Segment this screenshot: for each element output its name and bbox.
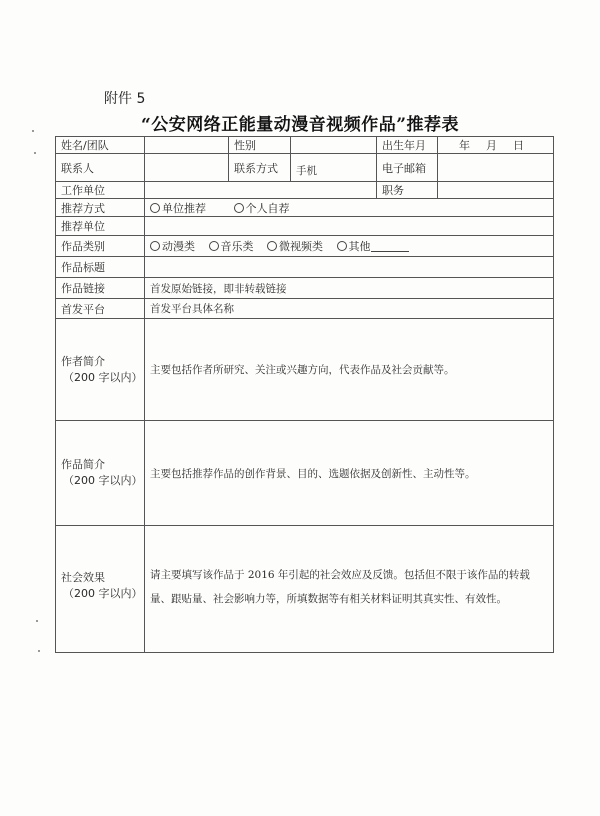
radio-circle-icon [150,203,160,213]
platform-field[interactable]: 首发平台具体名称 [145,299,554,319]
recommend-method-label: 推荐方式 [56,199,145,217]
form-title: “公安网络正能量动漫音视频作品”推荐表 [0,110,600,135]
work-unit-label: 工作单位 [56,182,145,199]
form-row-work-intro: 作品简介 （200 字以内） 主要包括推荐作品的创作背景、目的、选题依据及创新性… [56,421,554,526]
social-effect-label: 社会效果 （200 字以内） [56,526,145,653]
work-intro-field[interactable]: 主要包括推荐作品的创作背景、目的、选题依据及创新性、主动性等。 [145,421,554,526]
gender-label: 性别 [229,137,291,154]
radio-unit-recommend[interactable]: 单位推荐 [150,200,206,216]
radio-other[interactable]: 其他 [337,238,409,254]
work-intro-limit: （200 字以内） [61,473,139,489]
scan-artifact [32,130,34,132]
other-blank-input[interactable] [371,241,409,252]
name-team-field[interactable] [145,137,229,154]
author-intro-limit: （200 字以内） [61,370,139,386]
category-label: 作品类别 [56,236,145,257]
birth-label: 出生年月 [377,137,438,154]
position-label: 职务 [377,182,438,199]
recommend-unit-label: 推荐单位 [56,217,145,236]
author-intro-label: 作者简介 （200 字以内） [56,319,145,421]
scan-artifact [38,650,40,652]
form-row-social-effect: 社会效果 （200 字以内） 请主要填写该作品于 2016 年引起的社会效应及反… [56,526,554,653]
recommend-unit-field[interactable] [145,217,554,236]
form-row-category: 作品类别 动漫类 音乐类 微视频类 其他 [56,236,554,257]
work-link-label: 作品链接 [56,278,145,299]
author-intro-field[interactable]: 主要包括作者所研究、关注或兴趣方向，代表作品及社会贡献等。 [145,319,554,421]
scan-artifact [34,152,36,154]
radio-circle-icon [209,241,219,251]
recommend-method-options: 单位推荐 个人自荐 [145,199,554,217]
recommendation-form-table: 姓名/团队 性别 出生年月 年月日 联系人 联系方式 手机 电子邮箱 工作单位 … [55,136,554,653]
birth-field[interactable]: 年月日 [438,137,554,154]
form-row-work-link: 作品链接 首发原始链接，即非转载链接 [56,278,554,299]
form-row-platform: 首发平台 首发平台具体名称 [56,299,554,319]
form-row-author-intro: 作者简介 （200 字以内） 主要包括作者所研究、关注或兴趣方向，代表作品及社会… [56,319,554,421]
work-unit-field[interactable] [145,182,377,199]
form-row-work-title: 作品标题 [56,257,554,278]
social-effect-field[interactable]: 请主要填写该作品于 2016 年引起的社会效应及反馈。包括但不限于该作品的转载量… [145,526,554,653]
radio-circle-icon [150,241,160,251]
email-label: 电子邮箱 [377,154,438,182]
social-effect-limit: （200 字以内） [61,586,139,602]
day-unit: 日 [513,137,524,153]
email-field[interactable] [438,154,554,182]
form-row-name: 姓名/团队 性别 出生年月 年月日 [56,137,554,154]
form-row-recommend-unit: 推荐单位 [56,217,554,236]
position-field[interactable] [438,182,554,199]
scan-artifact [36,620,38,622]
contact-method-label: 联系方式 [229,154,291,182]
year-unit: 年 [459,137,470,153]
radio-music[interactable]: 音乐类 [209,238,254,254]
radio-circle-icon [234,203,244,213]
radio-circle-icon [267,241,277,251]
form-row-contact: 联系人 联系方式 手机 电子邮箱 [56,154,554,182]
gender-field[interactable] [291,137,377,154]
attachment-label: 附件 5 [104,88,145,108]
name-team-label: 姓名/团队 [56,137,145,154]
work-title-label: 作品标题 [56,257,145,278]
work-title-field[interactable] [145,257,554,278]
work-intro-label: 作品简介 （200 字以内） [56,421,145,526]
radio-circle-icon [337,241,347,251]
contact-person-field[interactable] [145,154,229,182]
form-row-work-unit: 工作单位 职务 [56,182,554,199]
category-options: 动漫类 音乐类 微视频类 其他 [145,236,554,257]
contact-method-field[interactable]: 手机 [291,154,377,182]
form-row-recommend-method: 推荐方式 单位推荐 个人自荐 [56,199,554,217]
work-link-field[interactable]: 首发原始链接，即非转载链接 [145,278,554,299]
radio-micro-video[interactable]: 微视频类 [267,238,323,254]
radio-animation[interactable]: 动漫类 [150,238,195,254]
radio-self-recommend[interactable]: 个人自荐 [234,200,290,216]
month-unit: 月 [486,137,497,153]
contact-person-label: 联系人 [56,154,145,182]
platform-label: 首发平台 [56,299,145,319]
